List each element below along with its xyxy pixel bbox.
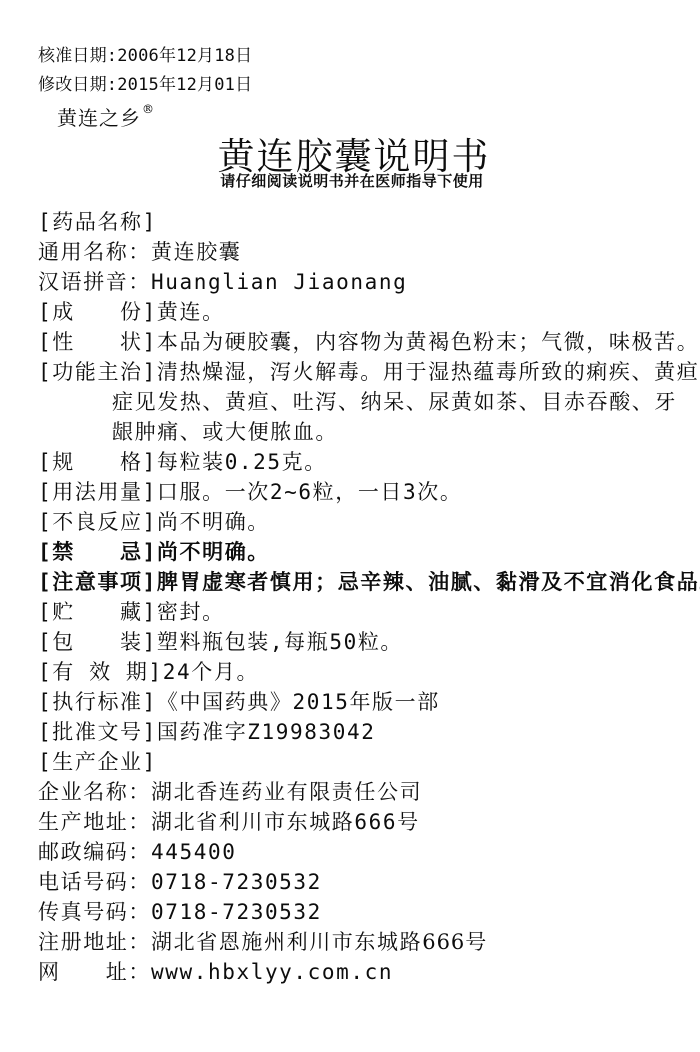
field-generic-name: 通用名称：黄连胶囊 [38,237,698,267]
field-value: 黄连。 [157,300,225,324]
field-registered-address: 注册地址：湖北省恩施州利川市东城路666号 [38,927,698,957]
field-value: 密封。 [157,600,225,624]
field-indications-line2: 症见发热、黄疸、吐泻、纳呆、尿黄如茶、目赤吞酸、牙 [38,387,698,417]
field-label: [贮 藏] [38,597,157,627]
field-value: 《中国药典》2015年版一部 [157,690,440,714]
field-indications: [功能主治]清热燥湿，泻火解毒。用于湿热蕴毒所致的痢疾、黄疸， [38,357,698,387]
field-fax: 传真号码：0718-7230532 [38,897,698,927]
field-production-address: 生产地址：湖北省利川市东城路666号 [38,807,698,837]
field-label: [用法用量] [38,477,157,507]
field-label: [包 装] [38,627,157,657]
field-label: [生产企业] [38,747,157,777]
usage-notice: 请仔细阅读说明书并在医师指导下使用 [4,170,700,191]
field-postal-code: 邮政编码：445400 [38,837,698,867]
field-value: 尚不明确。 [157,540,270,564]
field-ingredients: [成 份]黄连。 [38,297,698,327]
field-value: 口服。一次2~6粒，一日3次。 [157,480,463,504]
field-drug-name-header: [药品名称] [38,207,698,237]
field-label: [不良反应] [38,507,157,537]
field-value: 24个月。 [163,660,259,684]
registered-trademark-icon: ® [142,102,154,116]
field-indications-line3: 龈肿痛、或大便脓血。 [38,417,698,447]
field-website: 网 址：www.hbxlyy.com.cn [38,957,698,987]
address-suffix: 号 [465,930,488,954]
field-manufacturer-header: [生产企业] [38,747,698,777]
field-label: [性 状] [38,327,157,357]
field-label: [禁 忌] [38,537,157,567]
field-validity: [有 效 期]24个月。 [38,657,698,687]
field-label: [执行标准] [38,687,157,717]
field-properties: [性 状]本品为硬胶囊，内容物为黄褐色粉末；气微，味极苦。 [38,327,698,357]
field-value: 每粒装0.25克。 [157,450,327,474]
field-adverse-reactions: [不良反应]尚不明确。 [38,507,698,537]
approval-date: 核准日期:2006年12月18日 [38,42,252,71]
field-standard: [执行标准]《中国药典》2015年版一部 [38,687,698,717]
field-value: 尚不明确。 [157,510,270,534]
field-packaging: [包 装]塑料瓶包装,每瓶50粒。 [38,627,698,657]
field-label: [规 格] [38,447,157,477]
field-pinyin: 汉语拼音：Huanglian Jiaonang [38,267,698,297]
field-label: [有 效 期] [38,657,163,687]
field-phone: 电话号码：0718-7230532 [38,867,698,897]
field-specification: [规 格]每粒装0.25克。 [38,447,698,477]
field-storage: [贮 藏]密封。 [38,597,698,627]
address-text: 注册地址：湖北省恩施州利川市东城路 [38,930,422,954]
date-block: 核准日期:2006年12月18日 修改日期:2015年12月01日 [38,42,252,100]
field-label: [成 份] [38,297,157,327]
insert-body: [药品名称] 通用名称：黄连胶囊 汉语拼音：Huanglian Jiaonang… [38,207,698,987]
revision-date: 修改日期:2015年12月01日 [38,71,252,100]
field-approval-number: [批准文号]国药准字Z19983042 [38,717,698,747]
field-company-name: 企业名称：湖北香连药业有限责任公司 [38,777,698,807]
field-label: [批准文号] [38,717,157,747]
package-insert-page: 核准日期:2006年12月18日 修改日期:2015年12月01日 黄连之乡® … [0,0,700,1052]
field-label: [药品名称] [38,207,157,237]
field-value: 清热燥湿，泻火解毒。用于湿热蕴毒所致的痢疾、黄疸， [157,360,700,384]
field-value: 塑料瓶包装,每瓶50粒。 [157,630,403,654]
field-label: [注意事项] [38,567,157,597]
street-number: 666 [422,930,465,954]
field-precautions: [注意事项]脾胃虚寒者慎用；忌辛辣、油腻、黏滑及不宜消化食品。 [38,567,698,597]
field-dosage: [用法用量]口服。一次2~6粒，一日3次。 [38,477,698,507]
field-value: 国药准字Z19983042 [157,720,376,744]
field-value: 脾胃虚寒者慎用；忌辛辣、油腻、黏滑及不宜消化食品。 [157,570,700,594]
field-label: [功能主治] [38,357,157,387]
field-value: 本品为硬胶囊，内容物为黄褐色粉末；气微，味极苦。 [157,330,699,354]
field-contraindications: [禁 忌]尚不明确。 [38,537,698,567]
